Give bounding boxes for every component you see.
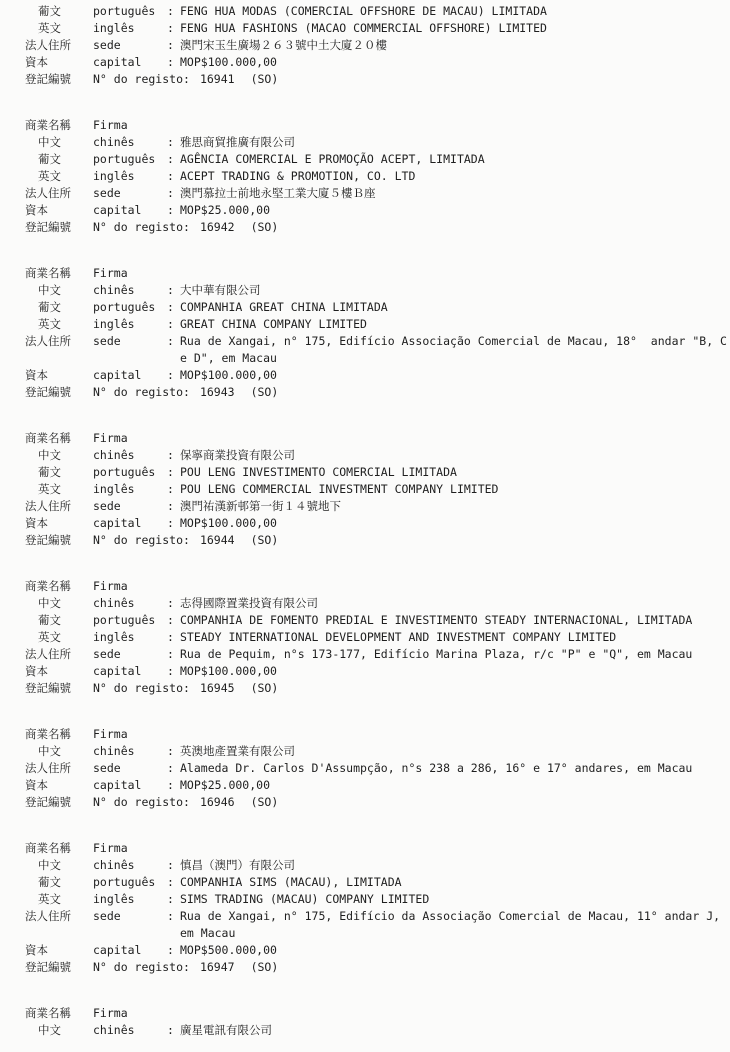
label-zh: 商業名稱 bbox=[0, 265, 93, 282]
field-row: 英文inglês:POU LENG COMMERCIAL INVESTMENT … bbox=[0, 481, 730, 498]
field-value: 澳門祐漢新邨第一街１４號地下 bbox=[180, 498, 730, 515]
label-zh: 商業名稱 bbox=[0, 726, 93, 743]
field-row: 中文chinês:雅思商貿推廣有限公司 bbox=[0, 134, 730, 151]
label-pt: inglês bbox=[93, 629, 167, 646]
field-value: COMPANHIA SIMS (MACAU), LIMITADA bbox=[180, 874, 730, 891]
label-pt: sede bbox=[93, 760, 167, 777]
label-zh: 中文 bbox=[0, 1022, 93, 1039]
field-row: 法人住所sede:澳門祐漢新邨第一街１４號地下 bbox=[0, 498, 730, 515]
label-pt: português bbox=[93, 151, 167, 168]
label-zh: 中文 bbox=[0, 134, 93, 151]
label-pt: Firma bbox=[93, 117, 167, 134]
field-row: 英文inglês:SIMS TRADING (MACAU) COMPANY LI… bbox=[0, 891, 730, 908]
label-zh: 英文 bbox=[0, 168, 93, 185]
label-zh: 登記編號 bbox=[0, 794, 93, 811]
colon-separator: : bbox=[167, 151, 180, 168]
field-value: 澳門慕拉士前地永堅工業大廈５樓Ｂ座 bbox=[180, 185, 730, 202]
label-pt: capital bbox=[93, 777, 167, 794]
colon-separator: : bbox=[167, 37, 180, 54]
field-value: MOP$100.000,00 bbox=[180, 515, 730, 532]
colon-separator: : bbox=[167, 20, 180, 37]
label-zh: 中文 bbox=[0, 447, 93, 464]
label-zh: 資本 bbox=[0, 942, 93, 959]
field-row: 葡文português:COMPANHIA DE FOMENTO PREDIAL… bbox=[0, 612, 730, 629]
field-value: Alameda Dr. Carlos D'Assumpção, n°s 238 … bbox=[180, 760, 730, 777]
label-pt: sede bbox=[93, 37, 167, 54]
registry-entry: 商業名稱Firma中文chinês:慎昌（澳門）有限公司葡文português:… bbox=[0, 840, 730, 976]
label-pt: chinês bbox=[93, 282, 167, 299]
label-zh: 英文 bbox=[0, 316, 93, 333]
label-pt: chinês bbox=[93, 1022, 167, 1039]
field-row: 資本capital:MOP$100.000,00 bbox=[0, 367, 730, 384]
registry-entry: 商業名稱Firma中文chinês:廣星電訊有限公司 bbox=[0, 1005, 730, 1039]
field-row: 中文chinês:英澳地產置業有限公司 bbox=[0, 743, 730, 760]
label-pt: inglês bbox=[93, 891, 167, 908]
label-pt: sede bbox=[93, 185, 167, 202]
field-row: 中文chinês:保寧商業投資有限公司 bbox=[0, 447, 730, 464]
label-pt: chinês bbox=[93, 743, 167, 760]
field-row: 英文inglês:GREAT CHINA COMPANY LIMITED bbox=[0, 316, 730, 333]
colon-separator: : bbox=[167, 134, 180, 151]
label-pt: português bbox=[93, 612, 167, 629]
field-row: 葡文português:FENG HUA MODAS (COMERCIAL OF… bbox=[0, 3, 730, 20]
colon-separator: : bbox=[167, 202, 180, 219]
label-zh: 中文 bbox=[0, 282, 93, 299]
registration-suffix: (SO) bbox=[251, 384, 279, 401]
registration-number-row: 登記編號N° do registo:16944(SO) bbox=[0, 532, 730, 549]
registration-number: 16947 bbox=[200, 959, 235, 976]
colon-separator: : bbox=[167, 612, 180, 629]
colon-separator: : bbox=[167, 54, 180, 71]
label-zh: 葡文 bbox=[0, 299, 93, 316]
label-zh: 資本 bbox=[0, 54, 93, 71]
field-row: 資本capital:MOP$500.000,00 bbox=[0, 942, 730, 959]
label-registo: N° do registo: bbox=[93, 384, 190, 401]
registry-entry: 商業名稱Firma中文chinês:雅思商貿推廣有限公司葡文português:… bbox=[0, 117, 730, 236]
registry-entry: 商業名稱Firma中文chinês:英澳地產置業有限公司法人住所sede:Ala… bbox=[0, 726, 730, 811]
field-value: Rua de Xangai, n° 175, Edifício Associaç… bbox=[180, 333, 730, 350]
field-value: 英澳地產置業有限公司 bbox=[180, 743, 730, 760]
label-pt: chinês bbox=[93, 857, 167, 874]
label-zh: 法人住所 bbox=[0, 646, 93, 663]
colon-separator: : bbox=[167, 891, 180, 908]
label-zh: 英文 bbox=[0, 891, 93, 908]
registration-number-row: 登記編號N° do registo:16941(SO) bbox=[0, 71, 730, 88]
colon-separator: : bbox=[167, 185, 180, 202]
label-pt: capital bbox=[93, 942, 167, 959]
label-zh: 法人住所 bbox=[0, 185, 93, 202]
field-value: MOP$100.000,00 bbox=[180, 663, 730, 680]
label-zh: 資本 bbox=[0, 515, 93, 532]
field-value: STEADY INTERNATIONAL DEVELOPMENT AND INV… bbox=[180, 629, 730, 646]
label-zh: 法人住所 bbox=[0, 908, 93, 925]
colon-separator: : bbox=[167, 743, 180, 760]
field-row: 葡文português:COMPANHIA GREAT CHINA LIMITA… bbox=[0, 299, 730, 316]
entry-header-row: 商業名稱Firma bbox=[0, 430, 730, 447]
label-pt: sede bbox=[93, 498, 167, 515]
colon-separator: : bbox=[167, 1022, 180, 1039]
field-value: Rua de Pequim, n°s 173-177, Edifício Mar… bbox=[180, 646, 730, 663]
label-zh: 商業名稱 bbox=[0, 578, 93, 595]
field-value: MOP$25.000,00 bbox=[180, 777, 730, 794]
label-zh: 法人住所 bbox=[0, 498, 93, 515]
colon-separator: : bbox=[167, 908, 180, 925]
colon-separator: : bbox=[167, 595, 180, 612]
registration-number-row: 登記編號N° do registo:16945(SO) bbox=[0, 680, 730, 697]
field-row: 中文chinês:廣星電訊有限公司 bbox=[0, 1022, 730, 1039]
label-pt: capital bbox=[93, 663, 167, 680]
colon-separator: : bbox=[167, 629, 180, 646]
label-zh: 中文 bbox=[0, 857, 93, 874]
label-registo: N° do registo: bbox=[93, 794, 190, 811]
label-zh: 英文 bbox=[0, 629, 93, 646]
field-value: 雅思商貿推廣有限公司 bbox=[180, 134, 730, 151]
field-row: 英文inglês:ACEPT TRADING & PROMOTION, CO. … bbox=[0, 168, 730, 185]
registration-number-row: 登記編號N° do registo:16947(SO) bbox=[0, 959, 730, 976]
label-zh: 葡文 bbox=[0, 612, 93, 629]
registration-suffix: (SO) bbox=[251, 680, 279, 697]
colon-separator: : bbox=[167, 481, 180, 498]
colon-separator: : bbox=[167, 316, 180, 333]
field-value: FENG HUA MODAS (COMERCIAL OFFSHORE DE MA… bbox=[180, 3, 730, 20]
field-value: COMPANHIA DE FOMENTO PREDIAL E INVESTIME… bbox=[180, 612, 730, 629]
field-value: 志得國際置業投資有限公司 bbox=[180, 595, 730, 612]
label-pt: chinês bbox=[93, 447, 167, 464]
label-zh: 葡文 bbox=[0, 464, 93, 481]
label-pt: sede bbox=[93, 908, 167, 925]
field-value-continuation: e D", em Macau bbox=[180, 350, 730, 367]
field-value: MOP$100.000,00 bbox=[180, 54, 730, 71]
field-value: GREAT CHINA COMPANY LIMITED bbox=[180, 316, 730, 333]
label-registo: N° do registo: bbox=[93, 532, 190, 549]
label-pt: capital bbox=[93, 202, 167, 219]
colon-separator: : bbox=[167, 646, 180, 663]
label-zh: 法人住所 bbox=[0, 37, 93, 54]
field-value: COMPANHIA GREAT CHINA LIMITADA bbox=[180, 299, 730, 316]
field-value: 大中華有限公司 bbox=[180, 282, 730, 299]
label-zh: 商業名稱 bbox=[0, 430, 93, 447]
label-pt: português bbox=[93, 3, 167, 20]
label-zh: 商業名稱 bbox=[0, 1005, 93, 1022]
label-pt: chinês bbox=[93, 134, 167, 151]
field-row: 英文inglês:FENG HUA FASHIONS (MACAO COMMER… bbox=[0, 20, 730, 37]
registration-suffix: (SO) bbox=[251, 532, 279, 549]
registry-page: 葡文português:FENG HUA MODAS (COMERCIAL OF… bbox=[0, 0, 730, 1039]
field-row: 葡文português:POU LENG INVESTIMENTO COMERC… bbox=[0, 464, 730, 481]
label-zh: 英文 bbox=[0, 481, 93, 498]
label-pt: português bbox=[93, 464, 167, 481]
field-row: 法人住所sede:Rua de Xangai, n° 175, Edifício… bbox=[0, 333, 730, 350]
label-pt: Firma bbox=[93, 430, 167, 447]
label-zh: 登記編號 bbox=[0, 959, 93, 976]
label-registo: N° do registo: bbox=[93, 71, 190, 88]
label-zh: 登記編號 bbox=[0, 219, 93, 236]
registry-entry: 商業名稱Firma中文chinês:保寧商業投資有限公司葡文português:… bbox=[0, 430, 730, 549]
registration-number: 16945 bbox=[200, 680, 235, 697]
label-pt: inglês bbox=[93, 20, 167, 37]
label-pt: inglês bbox=[93, 316, 167, 333]
label-pt: capital bbox=[93, 367, 167, 384]
colon-separator: : bbox=[167, 942, 180, 959]
field-value: SIMS TRADING (MACAU) COMPANY LIMITED bbox=[180, 891, 730, 908]
label-zh: 商業名稱 bbox=[0, 840, 93, 857]
entry-header-row: 商業名稱Firma bbox=[0, 1005, 730, 1022]
colon-separator: : bbox=[167, 299, 180, 316]
field-value: MOP$500.000,00 bbox=[180, 942, 730, 959]
colon-separator: : bbox=[167, 367, 180, 384]
field-value: 保寧商業投資有限公司 bbox=[180, 447, 730, 464]
field-value: Rua de Xangai, n° 175, Edifício da Assoc… bbox=[180, 908, 730, 925]
colon-separator: : bbox=[167, 498, 180, 515]
registration-suffix: (SO) bbox=[251, 71, 279, 88]
label-zh: 中文 bbox=[0, 743, 93, 760]
label-pt: Firma bbox=[93, 578, 167, 595]
registration-suffix: (SO) bbox=[251, 219, 279, 236]
label-pt: Firma bbox=[93, 1005, 167, 1022]
label-pt: capital bbox=[93, 515, 167, 532]
label-zh: 英文 bbox=[0, 20, 93, 37]
field-value: AGÊNCIA COMERCIAL E PROMOÇÃO ACEPT, LIMI… bbox=[180, 151, 730, 168]
label-zh: 登記編號 bbox=[0, 680, 93, 697]
field-row: 法人住所sede:Rua de Pequim, n°s 173-177, Edi… bbox=[0, 646, 730, 663]
field-row: 資本capital:MOP$25.000,00 bbox=[0, 202, 730, 219]
field-row: 葡文português:COMPANHIA SIMS (MACAU), LIMI… bbox=[0, 874, 730, 891]
label-pt: capital bbox=[93, 54, 167, 71]
label-pt: Firma bbox=[93, 265, 167, 282]
field-value-continuation: em Macau bbox=[180, 925, 730, 942]
label-zh: 登記編號 bbox=[0, 384, 93, 401]
label-registo: N° do registo: bbox=[93, 959, 190, 976]
colon-separator: : bbox=[167, 777, 180, 794]
field-value: 廣星電訊有限公司 bbox=[180, 1022, 730, 1039]
label-zh: 葡文 bbox=[0, 151, 93, 168]
label-zh: 資本 bbox=[0, 202, 93, 219]
label-pt: português bbox=[93, 874, 167, 891]
colon-separator: : bbox=[167, 760, 180, 777]
field-row: 法人住所sede:Rua de Xangai, n° 175, Edifício… bbox=[0, 908, 730, 925]
field-value: ACEPT TRADING & PROMOTION, CO. LTD bbox=[180, 168, 730, 185]
field-row: 法人住所sede:Alameda Dr. Carlos D'Assumpção,… bbox=[0, 760, 730, 777]
registration-number: 16943 bbox=[200, 384, 235, 401]
field-value: 澳門宋玉生廣場２６３號中土大廈２０樓 bbox=[180, 37, 730, 54]
label-zh: 登記編號 bbox=[0, 532, 93, 549]
field-value: POU LENG COMMERCIAL INVESTMENT COMPANY L… bbox=[180, 481, 730, 498]
field-value: MOP$25.000,00 bbox=[180, 202, 730, 219]
field-continuation-row: em Macau bbox=[0, 925, 730, 942]
label-pt: Firma bbox=[93, 726, 167, 743]
colon-separator: : bbox=[167, 515, 180, 532]
registration-number-row: 登記編號N° do registo:16943(SO) bbox=[0, 384, 730, 401]
label-registo: N° do registo: bbox=[93, 680, 190, 697]
label-zh: 資本 bbox=[0, 777, 93, 794]
field-row: 中文chinês:志得國際置業投資有限公司 bbox=[0, 595, 730, 612]
registry-entry: 葡文português:FENG HUA MODAS (COMERCIAL OF… bbox=[0, 3, 730, 88]
colon-separator: : bbox=[167, 168, 180, 185]
registry-entry: 商業名稱Firma中文chinês:志得國際置業投資有限公司葡文portuguê… bbox=[0, 578, 730, 697]
field-row: 英文inglês:STEADY INTERNATIONAL DEVELOPMEN… bbox=[0, 629, 730, 646]
field-value: MOP$100.000,00 bbox=[180, 367, 730, 384]
field-row: 法人住所sede:澳門宋玉生廣場２６３號中土大廈２０樓 bbox=[0, 37, 730, 54]
registration-number: 16946 bbox=[200, 794, 235, 811]
label-zh: 中文 bbox=[0, 595, 93, 612]
label-zh: 法人住所 bbox=[0, 333, 93, 350]
label-zh: 資本 bbox=[0, 663, 93, 680]
label-pt: sede bbox=[93, 646, 167, 663]
colon-separator: : bbox=[167, 857, 180, 874]
colon-separator: : bbox=[167, 464, 180, 481]
label-pt: português bbox=[93, 299, 167, 316]
label-pt: inglês bbox=[93, 168, 167, 185]
field-row: 中文chinês:慎昌（澳門）有限公司 bbox=[0, 857, 730, 874]
field-row: 法人住所sede:澳門慕拉士前地永堅工業大廈５樓Ｂ座 bbox=[0, 185, 730, 202]
entry-header-row: 商業名稱Firma bbox=[0, 117, 730, 134]
field-row: 資本capital:MOP$100.000,00 bbox=[0, 663, 730, 680]
field-row: 資本capital:MOP$100.000,00 bbox=[0, 54, 730, 71]
entry-header-row: 商業名稱Firma bbox=[0, 265, 730, 282]
registration-number-row: 登記編號N° do registo:16942(SO) bbox=[0, 219, 730, 236]
label-registo: N° do registo: bbox=[93, 219, 190, 236]
label-pt: chinês bbox=[93, 595, 167, 612]
entry-header-row: 商業名稱Firma bbox=[0, 578, 730, 595]
registration-number: 16941 bbox=[200, 71, 235, 88]
field-row: 中文chinês:大中華有限公司 bbox=[0, 282, 730, 299]
registry-entries: 葡文português:FENG HUA MODAS (COMERCIAL OF… bbox=[0, 3, 730, 1039]
field-row: 資本capital:MOP$100.000,00 bbox=[0, 515, 730, 532]
registration-suffix: (SO) bbox=[251, 959, 279, 976]
field-row: 葡文português:AGÊNCIA COMERCIAL E PROMOÇÃO… bbox=[0, 151, 730, 168]
registration-number-row: 登記編號N° do registo:16946(SO) bbox=[0, 794, 730, 811]
label-pt: sede bbox=[93, 333, 167, 350]
registration-number: 16944 bbox=[200, 532, 235, 549]
field-value: POU LENG INVESTIMENTO COMERCIAL LIMITADA bbox=[180, 464, 730, 481]
label-zh: 葡文 bbox=[0, 3, 93, 20]
registry-entry: 商業名稱Firma中文chinês:大中華有限公司葡文português:COM… bbox=[0, 265, 730, 401]
field-value: FENG HUA FASHIONS (MACAO COMMERCIAL OFFS… bbox=[180, 20, 730, 37]
field-continuation-row: e D", em Macau bbox=[0, 350, 730, 367]
colon-separator: : bbox=[167, 3, 180, 20]
registration-number: 16942 bbox=[200, 219, 235, 236]
colon-separator: : bbox=[167, 447, 180, 464]
label-zh: 登記編號 bbox=[0, 71, 93, 88]
label-zh: 法人住所 bbox=[0, 760, 93, 777]
label-zh: 葡文 bbox=[0, 874, 93, 891]
colon-separator: : bbox=[167, 663, 180, 680]
registration-suffix: (SO) bbox=[251, 794, 279, 811]
field-row: 資本capital:MOP$25.000,00 bbox=[0, 777, 730, 794]
field-value: 慎昌（澳門）有限公司 bbox=[180, 857, 730, 874]
label-pt: Firma bbox=[93, 840, 167, 857]
colon-separator: : bbox=[167, 282, 180, 299]
label-pt: inglês bbox=[93, 481, 167, 498]
colon-separator: : bbox=[167, 333, 180, 350]
label-zh: 商業名稱 bbox=[0, 117, 93, 134]
label-zh: 資本 bbox=[0, 367, 93, 384]
entry-header-row: 商業名稱Firma bbox=[0, 840, 730, 857]
colon-separator: : bbox=[167, 874, 180, 891]
entry-header-row: 商業名稱Firma bbox=[0, 726, 730, 743]
